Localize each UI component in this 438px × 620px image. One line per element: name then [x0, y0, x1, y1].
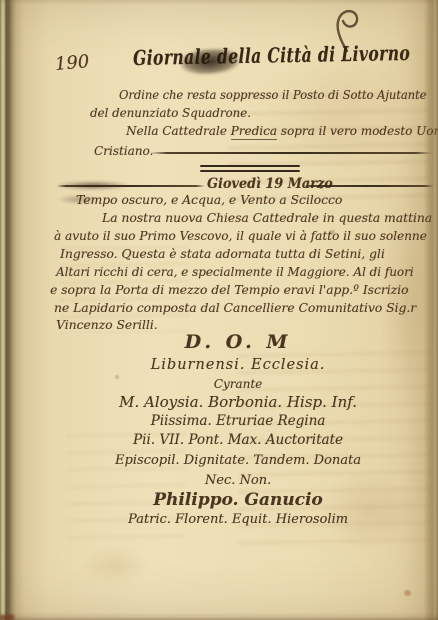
inscription-line: Philippo. Ganucio [28, 490, 438, 511]
manuscript-page-photo: 190 Giornale della Città di Livorno Ordi… [0, 0, 438, 620]
underlined-word: Predica [231, 124, 277, 140]
paper-stain [250, 55, 420, 180]
date-rule-left [57, 185, 205, 187]
double-rule-bottom [200, 170, 300, 172]
entry-line: La nostra nuova Chiesa Cattedrale in que… [102, 211, 432, 226]
summary-line: Ordine che resta soppresso il Posto di S… [119, 88, 426, 103]
inscription-line: Liburnensi. Ecclesia. [28, 354, 438, 376]
inscription-line: Pii. VII. Pont. Max. Auctoritate [28, 430, 438, 450]
journal-title: Giornale della Città di Livorno [133, 41, 410, 72]
summary-line: del denunziato Squadrone. [90, 106, 251, 121]
date-rule-right [303, 185, 434, 187]
inscription-line: Patric. Florent. Equit. Hierosolim [28, 511, 438, 529]
entry-line: à avuto il suo Primo Vescovo, il quale v… [54, 229, 427, 244]
page-number: 190 [54, 51, 90, 76]
entry-line: Altari ricchi di cera, e specialmente il… [56, 265, 414, 280]
entry-line: e sopra la Porta di mezzo del Tempio era… [50, 283, 408, 298]
entry-line: ne Lapidario composta dal Cancelliere Co… [54, 301, 416, 316]
inscription-line: Nec. Non. [28, 472, 438, 490]
summary-text: sopra il vero modesto Uomo [277, 124, 438, 138]
fox-spot [404, 590, 411, 596]
title-flourish-icon [326, 6, 364, 52]
summary-text: Nella Cattedrale [126, 124, 231, 138]
paper-stain [80, 545, 150, 585]
inscription-line: Episcopil. Dignitate. Tandem. Donata [28, 450, 438, 472]
separator-rule [150, 152, 433, 154]
binding-corner-mark [0, 615, 14, 620]
summary-line: Nella Cattedrale Predica sopra il vero m… [126, 124, 438, 139]
lapidary-inscription: D. O. M Liburnensi. Ecclesia. Cyrante M.… [28, 330, 438, 529]
summary-line: Cristiano. [94, 144, 153, 159]
entry-line: Ingresso. Questa è stata adornata tutta … [60, 247, 385, 262]
inscription-line: M. Aloysia. Borbonia. Hisp. Inf. [28, 392, 438, 412]
inscription-line: D. O. M [28, 330, 438, 354]
weather-line: Tempo oscuro, e Acqua, e Vento a Scilocc… [76, 193, 342, 208]
inscription-line: Piissima. Etruriae Regina [28, 412, 438, 430]
double-rule-top [200, 165, 300, 167]
inscription-line: Cyrante [28, 376, 438, 392]
